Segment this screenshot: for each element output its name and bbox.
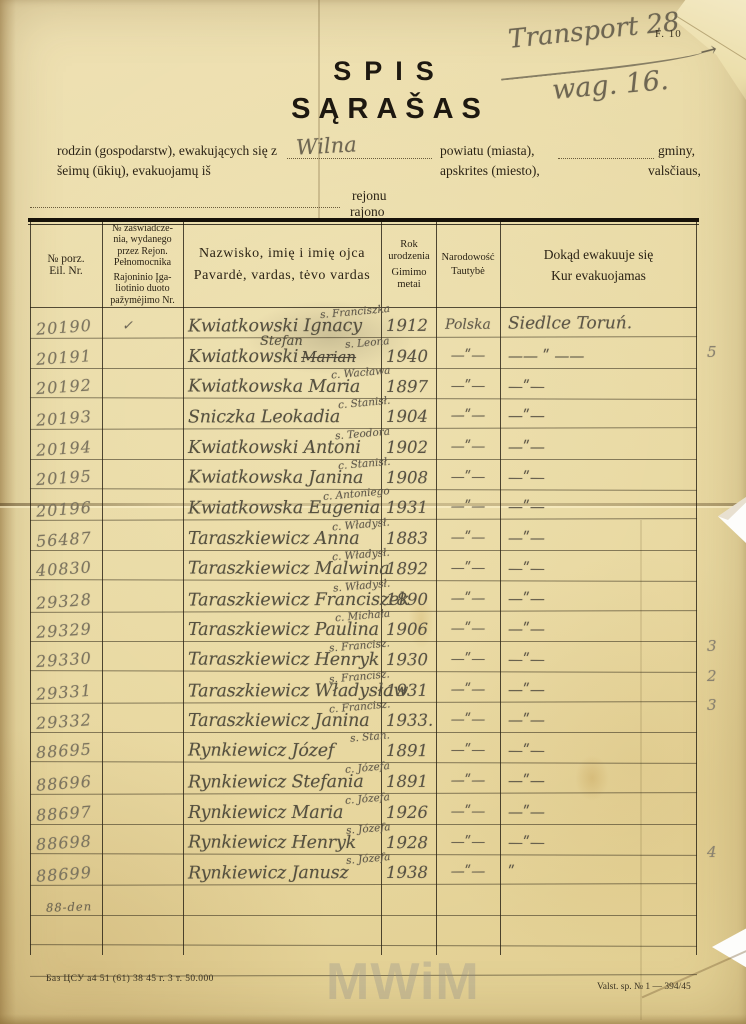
nationality: —ʺ— <box>438 773 498 789</box>
birth-year: 1883 <box>386 529 428 548</box>
destination: —ʺ— <box>508 742 694 760</box>
name-cell: Kwiatkowska Eugenia c. Antoniego <box>188 499 380 520</box>
birth-year: 1912 <box>386 316 428 335</box>
birth-year: 1940 <box>386 347 428 366</box>
table-row: 88-den <box>30 885 697 915</box>
intro-line1-mid: powiatu (miasta), <box>440 143 534 159</box>
destination: —ʺ— <box>508 407 694 425</box>
birth-year: 1931 <box>386 681 428 700</box>
person-name: Rynkiewicz Janusz <box>188 863 349 883</box>
intro-line1-end: gminy, <box>658 143 695 159</box>
row-number: 29330 <box>35 649 92 672</box>
parent-annotation: c. Józefa <box>345 760 391 776</box>
person-name: Kwiatkowski <box>188 347 298 367</box>
inserted-name: Stefan <box>260 334 303 349</box>
header-birth-year-lt: Gimimo metai <box>382 267 436 291</box>
person-name: Taraszkiewicz Władysław <box>188 681 408 702</box>
header-birth-year: Rok urodzeniaGimimo metai <box>382 222 436 307</box>
person-name: Taraszkiewicz Henryk <box>188 650 379 671</box>
parent-annotation: s. Stan. <box>350 730 391 745</box>
destination: —ʺ— <box>508 833 694 851</box>
table-row: 88699 Rynkiewicz Janusz s. Józefa 1938 —… <box>30 854 697 886</box>
name-cell: Rynkiewicz Henryk s. Józefa <box>188 833 380 854</box>
nationality: —ʺ— <box>438 591 498 607</box>
header-nationality-pl: Narodowość <box>437 251 499 265</box>
header-nationality: NarodowośćTautybė <box>437 222 499 307</box>
table-row: 40830 Taraszkiewicz Malwina c. Władysł. … <box>30 550 697 582</box>
table-row: 29329 Taraszkiewicz Paulina c. Michała 1… <box>30 612 697 642</box>
table-row <box>30 915 697 947</box>
person-name: Rynkiewicz Maria <box>188 803 343 823</box>
name-cell: Rynkiewicz Maria c. Józefa <box>188 803 380 823</box>
title-polish: SPIS <box>250 56 530 87</box>
birth-year: 1892 <box>386 560 428 579</box>
birth-year: 1926 <box>386 803 428 822</box>
gmina-blank-line <box>558 146 654 159</box>
destination: —ʺ— <box>508 620 694 638</box>
name-cell: Kwiatkowska Maria c. Wacława <box>188 377 380 398</box>
header-nationality-lt: Tautybė <box>437 265 499 279</box>
nationality: —ʺ— <box>438 561 498 577</box>
table-row: 20190 ✓ Kwiatkowski Ignacy s. Franciszka… <box>30 307 697 339</box>
birth-year: 1908 <box>386 468 428 487</box>
table-row: 20193 Sniczka Leokadia c. Stanisł. 1904 … <box>30 398 697 430</box>
birth-year: 1890 <box>386 590 428 609</box>
nationality: —ʺ— <box>438 712 498 728</box>
header-certificate: № zaświadcze- nia, wydanego przez Rejon.… <box>104 222 181 307</box>
table-row: 20196 Kwiatkowska Eugenia c. Antoniego 1… <box>30 489 697 521</box>
name-cell: KwiatkowskiMarian Stefan s. Leona <box>188 347 380 367</box>
person-name: Taraszkiewicz Malwina <box>188 559 390 580</box>
row-number: 88697 <box>35 802 92 825</box>
evacuee-table: № porz. Eil. Nr. № zaświadcze- nia, wyda… <box>30 218 697 955</box>
nationality: —ʺ— <box>438 470 498 486</box>
row-number: 29332 <box>35 711 92 734</box>
name-cell: Sniczka Leokadia c. Stanisł. <box>188 408 380 429</box>
parent-annotation: c. Stanisł. <box>337 395 390 412</box>
name-cell: Taraszkiewicz Anna c. Władysł. <box>188 529 380 549</box>
parent-annotation: s. Józefa <box>345 821 390 837</box>
birth-year: 1904 <box>386 407 428 426</box>
table-row: 56487 Taraszkiewicz Anna c. Władysł. 188… <box>30 521 697 551</box>
birth-year: 1928 <box>386 833 428 852</box>
form-number-stamp: F. 10 <box>655 28 682 40</box>
destination: —— ʺ —— <box>508 347 694 365</box>
name-cell: Rynkiewicz Józef s. Stan. <box>188 741 380 762</box>
person-name: Taraszkiewicz Franciszek <box>188 590 409 611</box>
destination: —ʺ— <box>508 589 694 607</box>
print-shop-imprint: Баз ЦСУ а4 51 (61) 38 45 г. 3 т. 50.000 <box>46 974 214 984</box>
table-rows: 20190 ✓ Kwiatkowski Ignacy s. Franciszka… <box>30 308 697 977</box>
parent-annotation: s. Józefa <box>345 851 390 867</box>
table-row: 29331 Taraszkiewicz Władysław s. Francis… <box>30 672 697 704</box>
margin-number: 3 <box>707 696 717 714</box>
name-cell: Taraszkiewicz Malwina c. Władysł. <box>188 559 380 580</box>
nationality: —ʺ— <box>438 682 498 698</box>
destination: —ʺ— <box>508 378 694 396</box>
row-number: 88696 <box>35 772 92 795</box>
name-cell: Taraszkiewicz Władysław s. Francisz. <box>188 681 380 702</box>
margin-number: 2 <box>707 667 717 685</box>
name-cell: Rynkiewicz Janusz s. Józefa <box>188 863 380 884</box>
person-name: Sniczka Leokadia <box>188 408 340 428</box>
row-number: 20191 <box>35 346 92 369</box>
person-name: Kwiatkowska Eugenia <box>188 499 380 520</box>
row-number: 20193 <box>35 407 92 430</box>
row-number: 20192 <box>35 376 92 399</box>
header-name: Nazwisko, imię i imię ojcaPavardė, varda… <box>185 222 379 307</box>
row-number: 29328 <box>35 590 92 613</box>
destination: —ʺ— <box>508 469 694 487</box>
destination: —ʺ— <box>508 529 694 547</box>
birth-year: 1931 <box>386 499 428 518</box>
destination: —ʺ— <box>508 711 694 729</box>
nationality: —ʺ— <box>438 834 498 850</box>
nationality: —ʺ— <box>438 530 498 546</box>
birth-year: 1891 <box>386 772 428 791</box>
nationality: Polska <box>438 317 498 333</box>
person-name: Kwiatkowska Janina <box>188 468 363 488</box>
nationality: —ʺ— <box>438 743 498 759</box>
destination: —ʺ— <box>508 651 694 669</box>
margin-number: 4 <box>707 843 717 861</box>
nationality: —ʺ— <box>438 864 498 880</box>
intro-line2-end: valsčiaus, <box>648 163 701 179</box>
name-cell <box>188 924 380 945</box>
margin-number: 5 <box>707 343 717 361</box>
person-name: Rynkiewicz Stefania <box>188 772 364 792</box>
header-name-lt: Pavardė, vardas, tėvo vardas <box>185 265 379 287</box>
name-cell: Rynkiewicz Stefania c. Józefa <box>188 772 380 793</box>
nationality: —ʺ— <box>438 378 498 394</box>
table-row: 29328 Taraszkiewicz Franciszek s. Władys… <box>30 581 697 613</box>
destination: —ʺ— <box>508 498 694 516</box>
header-destination-pl: Dokąd ewakuuje się <box>501 244 696 265</box>
person-name: Rynkiewicz Józef <box>188 741 334 761</box>
paper-bottom-edge-shading <box>0 1014 746 1024</box>
row-number: 88698 <box>35 831 92 854</box>
intro-line1-pl: rodzin (gospodarstw), ewakujących się z <box>57 143 277 159</box>
nationality: —ʺ— <box>438 439 498 455</box>
name-cell: Kwiatkowski Antoni s. Teodora <box>188 438 380 458</box>
certificate-checkmark: ✓ <box>122 319 133 334</box>
name-cell: Taraszkiewicz Janina c. Francisz. <box>188 711 380 731</box>
row-number: 20195 <box>35 467 92 490</box>
document-title: SPIS SĄRAŠAS <box>250 56 530 126</box>
nationality: —ʺ— <box>438 499 498 515</box>
archive-watermark: MWiM <box>326 952 480 1012</box>
intro-line2-mid: apskrites (miesto), <box>440 163 540 179</box>
nationality: —ʺ— <box>438 408 498 424</box>
row-number: 29331 <box>35 681 92 704</box>
name-cell <box>188 894 380 914</box>
birth-year: 1933. <box>386 711 433 730</box>
table-row: 88697 Rynkiewicz Maria c. Józefa 1926 —ʺ… <box>30 794 697 824</box>
table-row: 88696 Rynkiewicz Stefania c. Józefa 1891… <box>30 763 697 795</box>
destination: —ʺ— <box>508 771 694 789</box>
birth-year: 1906 <box>386 620 428 639</box>
header-destination-lt: Kur evakuojamas <box>501 265 696 286</box>
parent-annotation: c. Stanisł. <box>337 456 390 472</box>
header-destination: Dokąd ewakuuje sięKur evakuojamas <box>501 222 696 307</box>
name-cell: Kwiatkowska Janina c. Stanisł. <box>188 468 380 489</box>
paper-left-edge-shading <box>0 0 16 1024</box>
nationality: —ʺ— <box>438 804 498 820</box>
row-number: 20190 <box>35 316 92 339</box>
table-row: 20194 Kwiatkowski Antoni s. Teodora 1902… <box>30 430 697 460</box>
destination: ʺ <box>508 863 694 881</box>
table-row: 88695 Rynkiewicz Józef s. Stan. 1891 —ʺ—… <box>30 733 697 765</box>
row-number: 88699 <box>35 863 92 886</box>
rejon-label-pl: rejonu <box>352 188 387 204</box>
row-number: 56487 <box>35 528 92 551</box>
intro-line2-lt: šeimų (ūkių), evakuojamų iš <box>57 163 211 179</box>
destination: —ʺ— <box>508 560 694 578</box>
handwritten-origin-city: Wilna <box>295 132 357 159</box>
header-row-number: № porz. Eil. Nr. <box>32 222 100 307</box>
table-row: 29332 Taraszkiewicz Janina c. Francisz. … <box>30 703 697 733</box>
table-row: 88698 Rynkiewicz Henryk s. Józefa 1928 —… <box>30 824 697 856</box>
birth-year: 1930 <box>386 651 428 670</box>
rejon-blank-line <box>30 195 340 208</box>
name-cell: Taraszkiewicz Paulina c. Michała <box>188 620 380 640</box>
nationality: —ʺ— <box>438 652 498 668</box>
row-number: 20196 <box>35 499 92 522</box>
header-name-pl: Nazwisko, imię i imię ojca <box>185 243 379 265</box>
birth-year: 1902 <box>386 438 428 457</box>
form-reference-number: Valst. sp. № 1 — 394/45 <box>597 982 691 992</box>
header-birth-year-pl: Rok urodzenia <box>382 239 436 263</box>
birth-year: 1938 <box>386 863 428 882</box>
row-number: 29329 <box>35 619 92 642</box>
title-lithuanian: SĄRAŠAS <box>250 93 530 126</box>
destination: —ʺ— <box>508 680 694 698</box>
row-number: 20194 <box>35 437 92 460</box>
nationality: —ʺ— <box>438 621 498 637</box>
table-row: 20191 KwiatkowskiMarian Stefan s. Leona … <box>30 338 697 368</box>
header-certificate-pl: № zaświadcze- nia, wydanego przez Rejon.… <box>104 223 181 269</box>
margin-number: 3 <box>707 637 717 655</box>
name-cell: Taraszkiewicz Henryk s. Francisz. <box>188 650 380 671</box>
destination: Siedlce Toruń. <box>508 314 694 334</box>
row-number: 88-den <box>46 899 93 915</box>
header-certificate-lt: Rajoninio Įga- liotinio duoto pažymėjimo… <box>104 272 181 307</box>
table-row: 20192 Kwiatkowska Maria c. Wacława 1897 … <box>30 368 697 400</box>
person-name: Rynkiewicz Henryk <box>188 833 356 853</box>
destination: —ʺ— <box>508 803 694 821</box>
name-cell: Taraszkiewicz Franciszek s. Władysł. <box>188 590 380 611</box>
destination: —ʺ— <box>508 438 694 456</box>
person-name: Taraszkiewicz Paulina <box>188 620 379 640</box>
row-number: 40830 <box>35 558 92 581</box>
birth-year: 1897 <box>386 377 428 396</box>
table-row: 29330 Taraszkiewicz Henryk s. Francisz. … <box>30 641 697 673</box>
nationality: —ʺ— <box>438 348 498 364</box>
row-number: 88695 <box>35 740 92 763</box>
birth-year: 1891 <box>386 742 428 761</box>
scanned-evacuation-list-document: Transport 28 → wag. 16. F. 10 SPIS SĄRAŠ… <box>0 0 746 1024</box>
